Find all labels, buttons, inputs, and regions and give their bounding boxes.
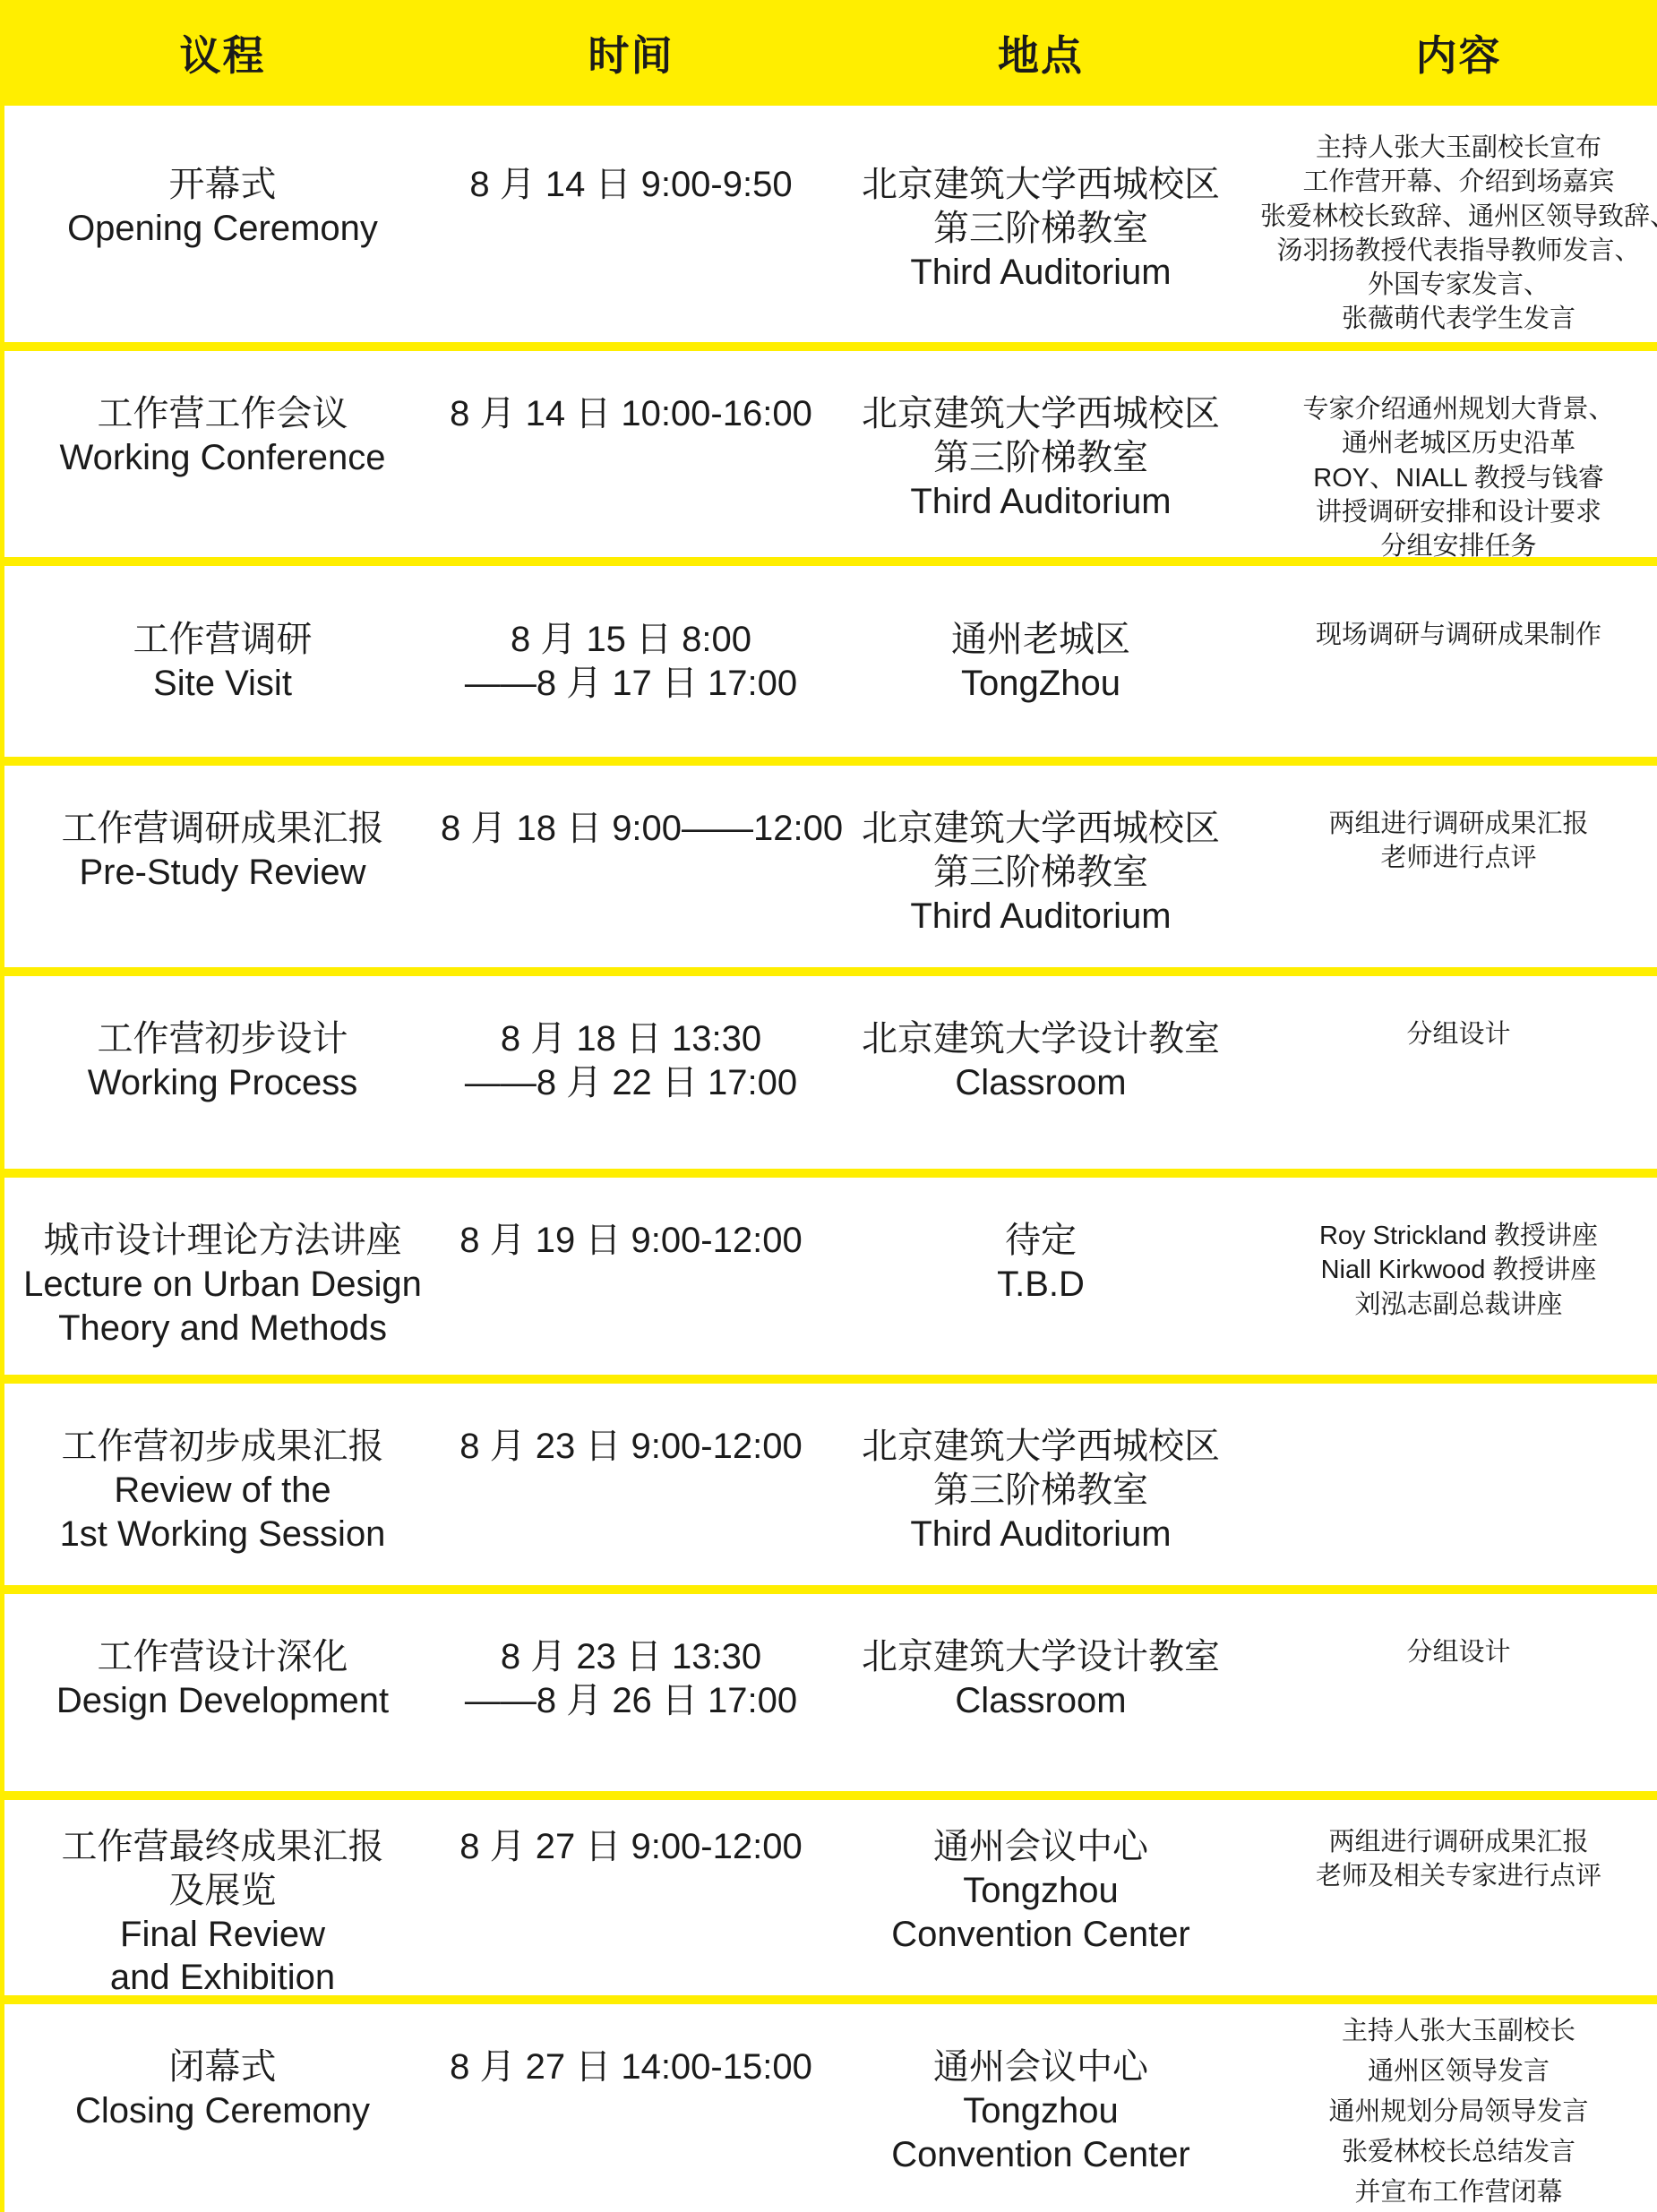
agenda-line: 工作营最终成果汇报: [4, 1825, 441, 1869]
schedule-table: 议程 时间 地点 内容 开幕式Opening Ceremony 8 月 14 日…: [0, 0, 1657, 2212]
table-row: 城市设计理论方法讲座Lecture on Urban DesignTheory …: [0, 1178, 1657, 1384]
agenda-cell: 开幕式Opening Ceremony: [4, 106, 441, 342]
time-line: 8 月 23 日 13:30: [441, 1635, 821, 1679]
table-row: 开幕式Opening Ceremony 8 月 14 日 9:00-9:50 北…: [0, 106, 1657, 351]
content-line: 主持人张大玉副校长: [1260, 2011, 1657, 2052]
agenda-cell: 工作营初步成果汇报Review of the1st Working Sessio…: [4, 1384, 441, 1585]
location-line: 通州老城区: [821, 618, 1260, 662]
agenda-line: Pre-Study Review: [4, 851, 441, 895]
content-line: 通州区领导发言: [1260, 2052, 1657, 2092]
agenda-cell: 工作营工作会议Working Conference: [4, 351, 441, 557]
table-row: 工作营调研Site Visit 8 月 15 日 8:00——8 月 17 日 …: [0, 566, 1657, 766]
content-line: 通州规划分局领导发言: [1260, 2092, 1657, 2132]
table-row: 工作营初步设计Working Process 8 月 18 日 13:30——8…: [0, 976, 1657, 1178]
content-cell: 分组设计: [1260, 976, 1657, 1169]
table-row: 工作营最终成果汇报及展览Final Reviewand Exhibition 8…: [0, 1800, 1657, 2004]
location-line: 北京建筑大学西城校区: [821, 1425, 1260, 1469]
time-cell: 8 月 18 日 9:00——12:00: [441, 766, 821, 967]
agenda-line: Working Process: [4, 1061, 441, 1105]
location-line: 第三阶梯教室: [821, 436, 1260, 480]
time-cell: 8 月 23 日 13:30——8 月 26 日 17:00: [441, 1594, 821, 1791]
content-cell: 两组进行调研成果汇报老师进行点评: [1260, 766, 1657, 967]
agenda-cell: 工作营调研成果汇报Pre-Study Review: [4, 766, 441, 967]
content-line: 分组设计: [1260, 1017, 1657, 1051]
location-line: Third Auditorium: [821, 895, 1260, 939]
time-cell: 8 月 23 日 9:00-12:00: [441, 1384, 821, 1585]
content-cell: 主持人张大玉副校长宣布工作营开幕、介绍到场嘉宾张爱林校长致辞、通州区领导致辞、汤…: [1260, 106, 1657, 342]
agenda-cell: 闭幕式Closing Ceremony: [4, 2004, 441, 2212]
header-time: 时间: [441, 23, 821, 82]
content-line: 分组设计: [1260, 1635, 1657, 1669]
content-line: 老师进行点评: [1260, 841, 1657, 875]
location-line: 第三阶梯教室: [821, 851, 1260, 895]
content-line: 张爱林校长总结发言: [1260, 2132, 1657, 2173]
content-line: 并宣布工作营闭幕: [1260, 2173, 1657, 2212]
time-line: 8 月 18 日 13:30: [441, 1017, 821, 1061]
agenda-line: 及展览: [4, 1869, 441, 1913]
content-line: 工作营开幕、介绍到场嘉宾: [1260, 165, 1657, 199]
agenda-line: 工作营调研成果汇报: [4, 807, 441, 851]
time-line: 8 月 14 日 10:00-16:00: [441, 392, 821, 436]
time-line: 8 月 15 日 8:00: [441, 618, 821, 662]
content-cell: 现场调研与调研成果制作: [1260, 566, 1657, 757]
agenda-line: Design Development: [4, 1679, 441, 1723]
location-line: 北京建筑大学西城校区: [821, 807, 1260, 851]
location-cell: 北京建筑大学西城校区第三阶梯教室Third Auditorium: [821, 106, 1260, 342]
agenda-line: Opening Ceremony: [4, 207, 441, 251]
table-row: 闭幕式Closing Ceremony 8 月 27 日 14:00-15:00…: [0, 2004, 1657, 2212]
location-cell: 北京建筑大学设计教室Classroom: [821, 1594, 1260, 1791]
table-row: 工作营调研成果汇报Pre-Study Review 8 月 18 日 9:00—…: [0, 766, 1657, 976]
location-line: Third Auditorium: [821, 251, 1260, 295]
time-line: ——8 月 17 日 17:00: [441, 662, 821, 706]
agenda-line: 开幕式: [4, 163, 441, 207]
content-line: 刘泓志副总裁讲座: [1260, 1288, 1657, 1322]
content-line: 专家介绍通州规划大背景、: [1260, 392, 1657, 426]
time-line: 8 月 19 日 9:00-12:00: [441, 1219, 821, 1263]
header-content: 内容: [1260, 23, 1657, 82]
time-line: ——8 月 26 日 17:00: [441, 1679, 821, 1723]
content-line: 外国专家发言、: [1260, 268, 1657, 302]
content-line: ROY、NIALL 教授与钱睿: [1260, 461, 1657, 495]
location-line: Third Auditorium: [821, 1513, 1260, 1556]
location-line: 通州会议中心: [821, 2045, 1260, 2089]
time-cell: 8 月 27 日 9:00-12:00: [441, 1800, 821, 1995]
agenda-cell: 工作营调研Site Visit: [4, 566, 441, 757]
time-cell: 8 月 15 日 8:00——8 月 17 日 17:00: [441, 566, 821, 757]
time-cell: 8 月 14 日 10:00-16:00: [441, 351, 821, 557]
agenda-line: Final Review: [4, 1913, 441, 1957]
content-cell: Roy Strickland 教授讲座Niall Kirkwood 教授讲座刘泓…: [1260, 1178, 1657, 1375]
time-line: ——8 月 22 日 17:00: [441, 1061, 821, 1105]
table-header-row: 议程 时间 地点 内容: [0, 0, 1657, 106]
agenda-cell: 城市设计理论方法讲座Lecture on Urban DesignTheory …: [4, 1178, 441, 1375]
agenda-cell: 工作营最终成果汇报及展览Final Reviewand Exhibition: [4, 1800, 441, 1995]
content-line: 主持人张大玉副校长宣布: [1260, 131, 1657, 165]
agenda-cell: 工作营初步设计Working Process: [4, 976, 441, 1169]
time-line: 8 月 27 日 14:00-15:00: [441, 2045, 821, 2089]
location-line: 北京建筑大学西城校区: [821, 392, 1260, 436]
location-line: 通州会议中心: [821, 1825, 1260, 1869]
content-line: 张爱林校长致辞、通州区领导致辞、: [1260, 200, 1657, 234]
agenda-line: Closing Ceremony: [4, 2089, 441, 2133]
location-line: 北京建筑大学设计教室: [821, 1635, 1260, 1679]
location-cell: 通州会议中心TongzhouConvention Center: [821, 1800, 1260, 1995]
location-line: Tongzhou: [821, 1869, 1260, 1913]
content-line: Roy Strickland 教授讲座: [1260, 1219, 1657, 1253]
location-line: Convention Center: [821, 1913, 1260, 1957]
content-cell: [1260, 1384, 1657, 1585]
location-line: 待定: [821, 1219, 1260, 1263]
agenda-line: Lecture on Urban Design: [4, 1263, 441, 1307]
table-row: 工作营初步成果汇报Review of the1st Working Sessio…: [0, 1384, 1657, 1594]
time-cell: 8 月 19 日 9:00-12:00: [441, 1178, 821, 1375]
time-cell: 8 月 18 日 13:30——8 月 22 日 17:00: [441, 976, 821, 1169]
location-line: Convention Center: [821, 2133, 1260, 2177]
time-line: 8 月 23 日 9:00-12:00: [441, 1425, 821, 1469]
time-line: 8 月 27 日 9:00-12:00: [441, 1825, 821, 1869]
location-cell: 北京建筑大学设计教室Classroom: [821, 976, 1260, 1169]
location-line: TongZhou: [821, 662, 1260, 706]
location-line: Tongzhou: [821, 2089, 1260, 2133]
time-cell: 8 月 27 日 14:00-15:00: [441, 2004, 821, 2212]
agenda-line: 工作营初步设计: [4, 1017, 441, 1061]
agenda-line: Site Visit: [4, 662, 441, 706]
agenda-line: Theory and Methods: [4, 1307, 441, 1350]
table-body: 开幕式Opening Ceremony 8 月 14 日 9:00-9:50 北…: [4, 106, 1657, 2212]
location-line: Third Auditorium: [821, 480, 1260, 524]
content-line: Niall Kirkwood 教授讲座: [1260, 1253, 1657, 1287]
content-line: 讲授调研安排和设计要求: [1260, 495, 1657, 529]
agenda-line: and Exhibition: [4, 1956, 441, 2000]
content-cell: 专家介绍通州规划大背景、通州老城区历史沿革ROY、NIALL 教授与钱睿讲授调研…: [1260, 351, 1657, 557]
location-line: 北京建筑大学西城校区: [821, 163, 1260, 207]
location-line: 北京建筑大学设计教室: [821, 1017, 1260, 1061]
header-location: 地点: [821, 23, 1260, 82]
location-line: T.B.D: [821, 1263, 1260, 1307]
agenda-line: 工作营初步成果汇报: [4, 1425, 441, 1469]
location-line: 第三阶梯教室: [821, 207, 1260, 251]
time-line: 8 月 18 日 9:00——12:00: [441, 807, 821, 851]
agenda-line: 城市设计理论方法讲座: [4, 1219, 441, 1263]
agenda-line: 工作营设计深化: [4, 1635, 441, 1679]
agenda-line: 闭幕式: [4, 2045, 441, 2089]
content-cell: 两组进行调研成果汇报老师及相关专家进行点评: [1260, 1800, 1657, 1995]
content-line: 通州老城区历史沿革: [1260, 426, 1657, 460]
table-row: 工作营工作会议Working Conference 8 月 14 日 10:00…: [0, 351, 1657, 566]
location-line: 第三阶梯教室: [821, 1469, 1260, 1513]
content-line: 两组进行调研成果汇报: [1260, 1825, 1657, 1859]
content-line: 老师及相关专家进行点评: [1260, 1859, 1657, 1893]
header-agenda: 议程: [4, 23, 441, 82]
agenda-line: Review of the: [4, 1469, 441, 1513]
content-line: 张薇萌代表学生发言: [1260, 302, 1657, 336]
agenda-line: 工作营工作会议: [4, 392, 441, 436]
content-line: 两组进行调研成果汇报: [1260, 807, 1657, 841]
location-cell: 北京建筑大学西城校区第三阶梯教室Third Auditorium: [821, 1384, 1260, 1585]
location-cell: 待定T.B.D: [821, 1178, 1260, 1375]
content-cell: 分组设计: [1260, 1594, 1657, 1791]
time-line: 8 月 14 日 9:00-9:50: [441, 163, 821, 207]
location-cell: 通州会议中心TongzhouConvention Center: [821, 2004, 1260, 2212]
agenda-cell: 工作营设计深化Design Development: [4, 1594, 441, 1791]
time-cell: 8 月 14 日 9:00-9:50: [441, 106, 821, 342]
location-cell: 北京建筑大学西城校区第三阶梯教室Third Auditorium: [821, 351, 1260, 557]
agenda-line: 1st Working Session: [4, 1513, 441, 1556]
location-cell: 北京建筑大学西城校区第三阶梯教室Third Auditorium: [821, 766, 1260, 967]
location-line: Classroom: [821, 1061, 1260, 1105]
table-row: 工作营设计深化Design Development 8 月 23 日 13:30…: [0, 1594, 1657, 1800]
agenda-line: 工作营调研: [4, 618, 441, 662]
location-line: Classroom: [821, 1679, 1260, 1723]
content-line: 分组安排任务: [1260, 529, 1657, 563]
content-cell: 主持人张大玉副校长通州区领导发言通州规划分局领导发言张爱林校长总结发言并宣布工作…: [1260, 2004, 1657, 2212]
content-line: 汤羽扬教授代表指导教师发言、: [1260, 234, 1657, 268]
location-cell: 通州老城区TongZhou: [821, 566, 1260, 757]
content-line: 现场调研与调研成果制作: [1260, 618, 1657, 652]
agenda-line: Working Conference: [4, 436, 441, 480]
